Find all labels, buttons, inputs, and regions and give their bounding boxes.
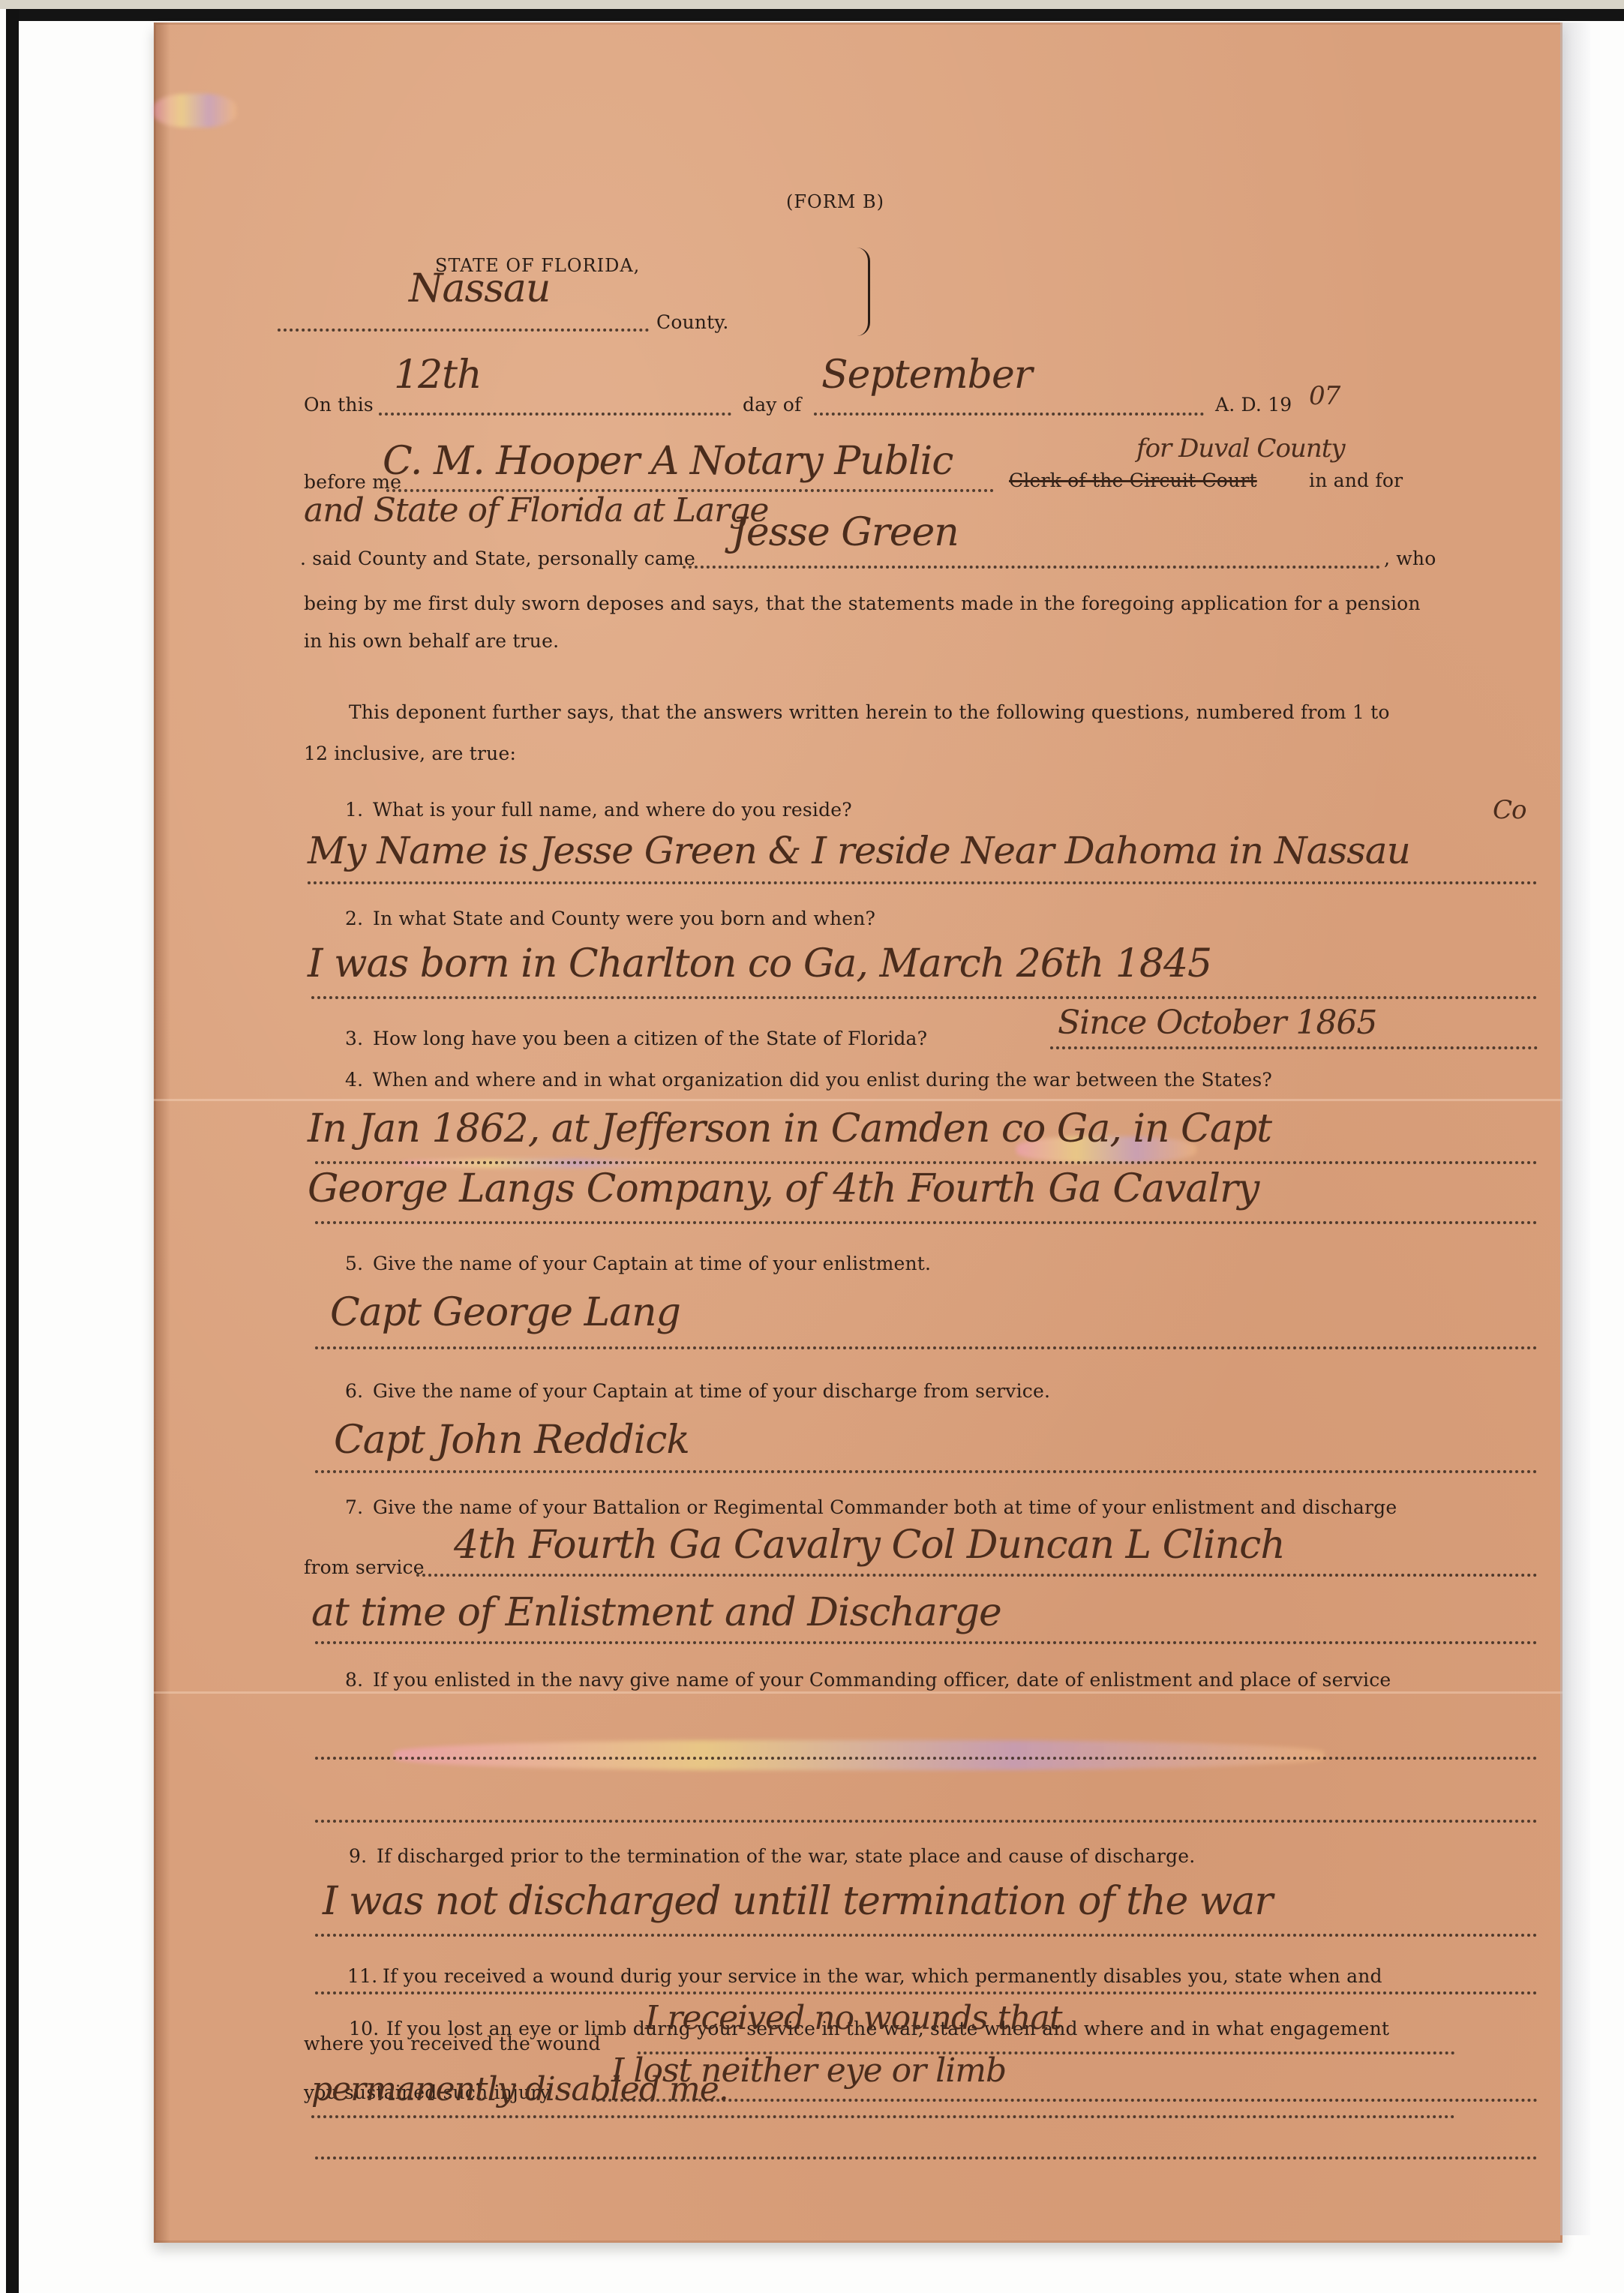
answer-8-leader-2	[315, 1820, 1538, 1823]
question-1-number: 1.	[345, 799, 363, 821]
official-value: C. M. Hooper A Notary Public	[383, 439, 953, 484]
month-value: September	[821, 353, 1032, 398]
further-text: This deponent further says, that the ans…	[349, 701, 1390, 723]
day-leader	[379, 413, 731, 416]
answer-5-leader	[315, 1346, 1538, 1349]
plastic-sleeve-edge	[1560, 23, 1590, 2235]
answer-3: Since October 1865	[1058, 1004, 1376, 1042]
answer-1-leader	[308, 881, 1538, 884]
answer-6-leader	[315, 1470, 1538, 1473]
fold-crease	[154, 1099, 1562, 1101]
on-this-label: On this	[304, 394, 374, 416]
day-value: 12th	[394, 353, 482, 398]
answer-9-leader-2	[315, 1991, 1538, 1994]
month-leader	[814, 413, 1204, 416]
sworn-text: being by me first duly sworn deposes and…	[304, 593, 1421, 614]
answer-7-leader-1	[416, 1574, 1538, 1577]
answer-11-line-2: permanently disabled me.	[311, 2070, 728, 2108]
answer-1: My Name is Jesse Green & I reside Near D…	[308, 829, 1410, 872]
question-2-number: 2.	[345, 908, 363, 929]
answer-2-leader	[311, 996, 1538, 999]
official-addendum: for Duval County	[1136, 434, 1345, 464]
county-value: Nassau	[409, 266, 550, 311]
scan-top-strip	[0, 0, 1624, 9]
answer-4-line-2: George Langs Company, of 4th Fourth Ga C…	[308, 1166, 1259, 1211]
ad-label: A. D. 19	[1215, 394, 1292, 416]
pension-form-page: (FORM B) STATE OF FLORIDA, Nassau County…	[154, 23, 1562, 2243]
scan-top-bar	[8, 9, 1624, 21]
jurisdiction-value: and State of Florida at Large	[304, 491, 768, 530]
answer-2: I was born in Charlton co Ga, March 26th…	[308, 941, 1211, 986]
question-3-text: How long have you been a citizen of the …	[373, 1028, 927, 1049]
in-and-for-label: in and for	[1309, 470, 1403, 491]
question-5-number: 5.	[345, 1253, 363, 1274]
question-6-number: 6.	[345, 1380, 363, 1402]
deponent-value: Jesse Green	[731, 510, 959, 555]
answer-10-leader	[596, 2099, 1538, 2102]
question-7-number: 7.	[345, 1496, 363, 1518]
further-text-2: 12 inclusive, are true:	[304, 743, 516, 764]
question-7-text: Give the name of your Battalion or Regim…	[373, 1496, 1397, 1518]
answer-11-line-1: I received no wounds that	[645, 1999, 1062, 2037]
answer-4-line-1: In Jan 1862, at Jefferson in Camden co G…	[308, 1106, 1271, 1151]
sleeve-glare	[154, 94, 236, 128]
struck-clerk-text: Clerk of the Circuit Court	[1009, 470, 1257, 491]
question-11-number: 11.	[347, 1965, 377, 1987]
question-1-text: What is your full name, and where do you…	[373, 799, 852, 821]
sworn-text-2: in his own behalf are true.	[304, 630, 559, 652]
question-7-continuation: from service	[304, 1556, 425, 1578]
answer-3-leader	[1050, 1046, 1538, 1049]
answer-7-leader-2	[315, 1641, 1538, 1644]
answer-10-leader-2	[315, 2156, 1538, 2159]
answer-4-leader-2	[315, 1221, 1538, 1224]
question-2-text: In what State and County were you born a…	[373, 908, 875, 929]
question-3-number: 3.	[345, 1028, 363, 1049]
answer-5: Capt George Lang	[330, 1290, 680, 1335]
question-4-text: When and where and in what organization …	[373, 1069, 1272, 1091]
question-9-number: 9.	[349, 1845, 367, 1867]
answer-4-leader-1	[315, 1161, 1538, 1164]
sleeve-glare	[394, 1740, 1324, 1770]
brace	[851, 248, 870, 336]
answer-9: I was not discharged untill termination …	[323, 1879, 1272, 1924]
fold-crease	[154, 1691, 1562, 1694]
answer-9-leader	[315, 1934, 1538, 1937]
county-leader	[278, 329, 649, 332]
answer-1-superscript: Co	[1493, 795, 1526, 825]
deponent-leader	[683, 566, 1380, 569]
answer-11-leader-1	[638, 2051, 1455, 2054]
year-value: 07	[1309, 381, 1340, 411]
question-11-text: If you received a wound durig your servi…	[383, 1965, 1382, 1987]
question-11-continuation: where you received the wound	[304, 2033, 601, 2054]
form-title: (FORM B)	[786, 191, 884, 212]
question-8-text: If you enlisted in the navy give name of…	[373, 1669, 1391, 1691]
answer-7-line-1: 4th Fourth Ga Cavalry Col Duncan L Clinc…	[454, 1523, 1285, 1568]
question-5-text: Give the name of your Captain at time of…	[373, 1253, 931, 1274]
question-6-text: Give the name of your Captain at time of…	[373, 1380, 1050, 1402]
answer-8-leader-1	[315, 1757, 1538, 1760]
who-label: , who	[1384, 548, 1436, 569]
answer-11-leader-2	[311, 2115, 1455, 2118]
county-label: County.	[656, 311, 729, 333]
question-8-number: 8.	[345, 1669, 363, 1691]
question-4-number: 4.	[345, 1069, 363, 1091]
question-9-text: If discharged prior to the termination o…	[377, 1845, 1195, 1867]
day-of-label: day of	[743, 394, 801, 416]
scan-left-border	[6, 9, 19, 2293]
said-county-label: . said County and State, personally came	[300, 548, 695, 569]
paper-edge	[154, 23, 170, 2243]
answer-7-line-2: at time of Enlistment and Discharge	[311, 1590, 1001, 1635]
answer-6: Capt John Reddick	[334, 1418, 689, 1463]
